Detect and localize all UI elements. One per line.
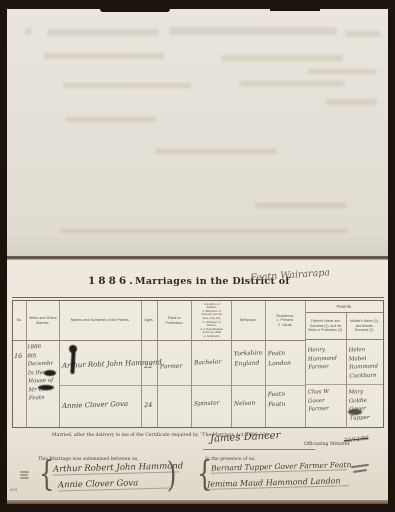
form-code: 609 [10, 487, 17, 492]
cell-bride-name: Annie Clover Gova [60, 386, 141, 428]
blank-verso-page: 6 [7, 9, 388, 256]
bleed-through-smudge [155, 149, 277, 154]
photo-background: 6 1886. Marriages in the District of Fea… [0, 0, 395, 512]
cell-bride-condition: Spinster [192, 386, 231, 428]
column-when-where: When and Where Married. 1886 8th Decembr… [27, 301, 60, 427]
bleed-through-smudge [59, 229, 349, 233]
bleed-through-smudge [169, 27, 337, 35]
header-no: No. [13, 301, 26, 341]
header-names: Names and Surnames of the Parties. [60, 301, 141, 341]
left-brace: { [39, 454, 54, 495]
cell-groom-rank: Farmer [158, 341, 192, 386]
cell-groom-mother: Helen Mabel Hammond Cockburn [347, 340, 383, 385]
page-edge-notch [270, 9, 320, 11]
column-residence: Residence: 1. Present. 2. Usual. Featn L… [266, 301, 306, 427]
header-rank: Rank or Profession. [158, 301, 192, 341]
column-no: No. 16 [13, 301, 27, 427]
header-birthplace: Birthplace. [232, 301, 265, 341]
ink-blot [44, 370, 56, 376]
bleed-through-smudge [307, 69, 377, 74]
margin-print-fragment [20, 477, 29, 479]
right-paren: ) [167, 455, 176, 496]
cell-bride-father: Chas W Gover Farmer [306, 385, 346, 427]
bleed-through-smudge [47, 29, 159, 36]
cell-groom-birthplace: Yorkshire England [232, 341, 265, 386]
table-top-rule [12, 297, 384, 298]
marriage-register-table: No. 16 When and Where Married. 1886 8th … [12, 300, 384, 428]
register-book-page: 6 1886. Marriages in the District of Fea… [7, 9, 388, 500]
cell-bride-residence: Featn Featn [266, 386, 305, 428]
column-ages: Ages. 22 24 [142, 301, 158, 427]
bleed-through-smudge [63, 83, 191, 88]
bleed-through-smudge [65, 117, 157, 122]
margin-print-fragment [20, 474, 28, 476]
ink-blot [38, 385, 54, 390]
ink-smear [348, 409, 362, 415]
book-page-edges [7, 500, 388, 504]
bleed-through-smudge [325, 99, 377, 105]
bleed-through-smudge [221, 55, 343, 61]
cell-bride-rank [158, 386, 192, 428]
signature-rule [203, 449, 315, 450]
cell-bride-birthplace: Nelson [232, 386, 265, 428]
bleed-through-smudge [345, 31, 381, 37]
column-group-parents: Parents. Father's Name and Surname (1), … [306, 301, 383, 427]
header-parents-group: Parents. [306, 301, 383, 313]
bleed-through-smudge [239, 81, 345, 86]
header-father: Father's Name and Surname (1), and his R… [306, 313, 346, 340]
cell-groom-residence: Featn London [266, 341, 305, 386]
verso-page-number-bleed: 6 [25, 25, 32, 38]
column-condition: Condition of Parties: 1. Bachelor or Spi… [192, 301, 232, 427]
header-mother: Mother's Name (1), and Maiden Surname (2… [347, 313, 383, 340]
cell-entry-number: 16 [13, 341, 26, 428]
witnesses-label: In the presence of us, [205, 457, 256, 462]
column-father: Father's Name and Surname (1), and his R… [306, 313, 347, 428]
cell-bride-age: 24 [142, 386, 157, 428]
column-birthplace: Birthplace. Yorkshire England Nelson [232, 301, 266, 427]
page-edge-notch [100, 9, 170, 12]
header-residence: Residence: 1. Present. 2. Usual. [266, 301, 305, 341]
bleed-through-smudge [43, 53, 165, 59]
bleed-through-smudge [255, 203, 347, 208]
cell-groom-condition: Bachelor [192, 341, 231, 386]
header-ages: Ages. [142, 301, 157, 341]
register-year: 1886. [88, 275, 136, 287]
cell-groom-father: Henry Hammond Farmer [306, 340, 346, 385]
column-rank: Rank or Profession. Farmer [158, 301, 193, 427]
cell-bride-mother: Mary Goldie Gover Tupper [347, 385, 383, 427]
cell-groom-age: 22 [142, 341, 157, 386]
header-condition: Condition of Parties: 1. Bachelor or Spi… [192, 301, 231, 341]
margin-print-fragment [20, 471, 29, 473]
header-when-where: When and Where Married. [27, 301, 59, 341]
